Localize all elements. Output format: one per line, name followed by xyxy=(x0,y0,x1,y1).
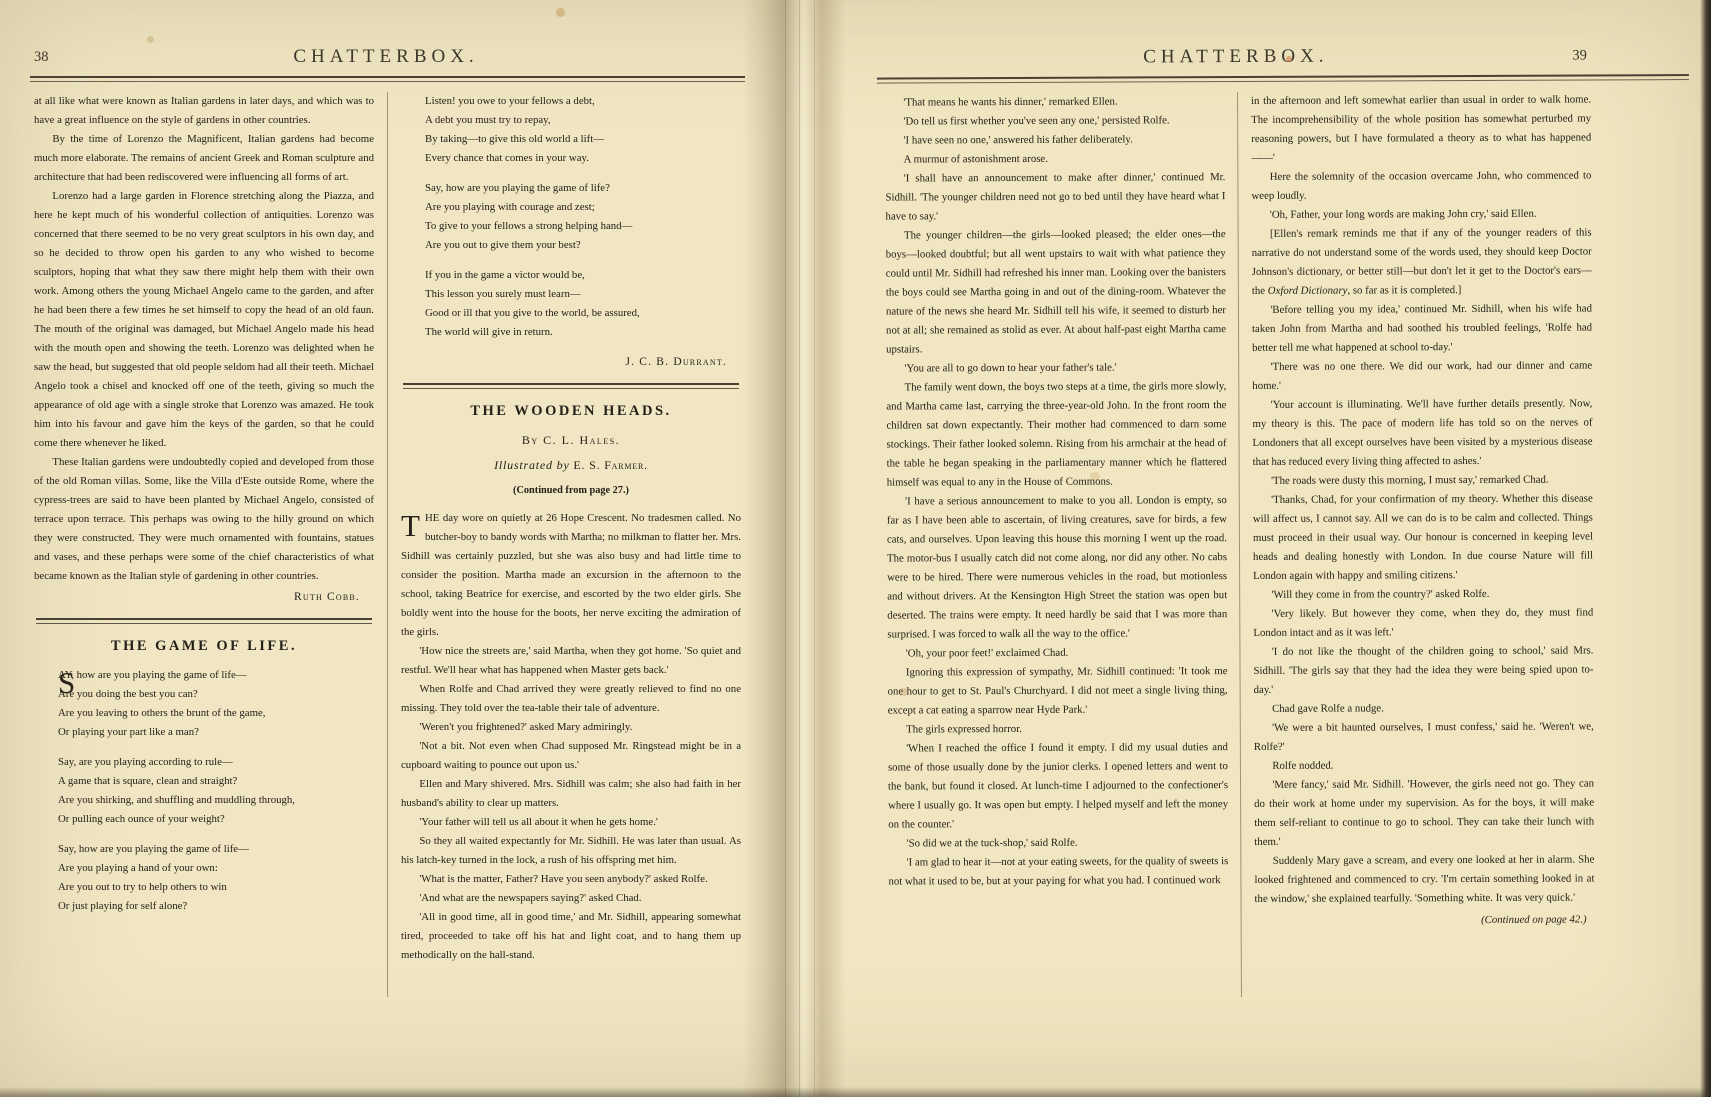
poem-line: If you in the game a victor would be, xyxy=(425,266,741,285)
paragraph-text: 'There was no one there. We did our work… xyxy=(1252,359,1592,391)
article-paragraph: 'So did we at the tuck-shop,' said Rolfe… xyxy=(888,833,1228,853)
poem-line: AY, how are you playing the game of life… xyxy=(58,666,374,685)
poem-line: A game that is square, clean and straigh… xyxy=(58,772,374,791)
credit-text: Illustrated by E. S. Farmer. xyxy=(494,458,648,472)
poem-line: Are you leaving to others the brunt of t… xyxy=(58,704,374,723)
paragraph-text: 'We were a bit haunted ourselves, I must… xyxy=(1254,720,1594,752)
paragraph-text: Chad gave Rolfe a nudge. xyxy=(1272,702,1384,714)
article-paragraph: 'The roads were dusty this morning, I mu… xyxy=(1253,470,1593,490)
article-paragraph: 'Your account is illuminating. We'll hav… xyxy=(1252,394,1592,471)
paragraph-text: 'Do tell us first whether you've seen an… xyxy=(903,114,1169,127)
poem-line: This lesson you surely must learn— xyxy=(425,285,741,304)
text-column: 'That means he wants his dinner,' remark… xyxy=(885,92,1229,1008)
page-number: 38 xyxy=(34,49,49,66)
text-column: at all like what were known as Italian g… xyxy=(34,92,374,1007)
article-paragraph: The girls expressed horror. xyxy=(888,719,1228,739)
italic-text: Oxford Dictionary xyxy=(1268,285,1348,297)
poem-line: Are you out to try to help others to win xyxy=(58,878,374,897)
article-paragraph: 'When I reached the office I found it em… xyxy=(888,738,1228,834)
article-paragraph: 'Weren't you frightened?' asked Mary adm… xyxy=(401,718,741,737)
paragraph-text: 'Oh, Father, your long words are making … xyxy=(1270,208,1537,221)
paragraph-text: 'The roads were dusty this morning, I mu… xyxy=(1271,474,1549,487)
page-header: CHATTERBOX. 39 xyxy=(883,44,1589,73)
poem-line: Listen! you owe to your fellows a debt, xyxy=(425,92,741,111)
article-paragraph: Suddenly Mary gave a scream, and every o… xyxy=(1254,850,1594,908)
column-rule xyxy=(1237,92,1242,997)
article-paragraph: 'How nice the streets are,' said Martha,… xyxy=(401,642,741,680)
page-edge-line xyxy=(814,0,815,1097)
article-paragraph: The younger children—the girls—looked pl… xyxy=(886,225,1227,359)
article-paragraph: 'All in good time, all in good time,' an… xyxy=(401,908,741,965)
page-edge-line xyxy=(799,0,800,1097)
paragraph-text: 'So did we at the tuck-shop,' said Rolfe… xyxy=(907,837,1078,850)
paragraph-text: Ignoring this expression of sympathy, Mr… xyxy=(888,665,1228,716)
poem-line: To give to your fellows a strong helping… xyxy=(425,217,741,236)
paragraph-text: These Italian gardens were undoubtedly c… xyxy=(34,456,374,582)
running-title: CHATTERBOX. xyxy=(883,44,1589,69)
article-paragraph: Ignoring this expression of sympathy, Mr… xyxy=(887,662,1227,720)
poem-line: Are you playing a hand of your own: xyxy=(58,859,374,878)
paragraph-text: 'Not a bit. Not even when Chad supposed … xyxy=(401,740,741,771)
article-paragraph: at all like what were known as Italian g… xyxy=(34,92,374,130)
paragraph-text: 'I do not like the thought of the childr… xyxy=(1254,644,1594,695)
article-paragraph: Ellen and Mary shivered. Mrs. Sidhill wa… xyxy=(401,775,741,813)
article-paragraph: 'Not a bit. Not even when Chad supposed … xyxy=(401,737,741,775)
column-rule xyxy=(387,92,388,997)
book-page-right: CHATTERBOX. 39 'That means he wants his … xyxy=(773,0,1711,1097)
italic-text: Illustrated by xyxy=(494,458,570,472)
paragraph-text: at all like what were known as Italian g… xyxy=(34,95,374,126)
article-paragraph: 'I am glad to hear it—not at your eating… xyxy=(888,852,1228,891)
article-paragraph: [Ellen's remark reminds me that if any o… xyxy=(1252,223,1592,300)
paragraph-text: 'I shall have an announcement to make af… xyxy=(885,171,1225,222)
article-paragraph: in the afternoon and left somewhat earli… xyxy=(1251,90,1591,167)
article-paragraph: 'Will they come in from the country?' as… xyxy=(1253,584,1593,604)
page-edge-line xyxy=(785,0,786,1097)
paragraph-text: 'All in good time, all in good time,' an… xyxy=(401,911,741,961)
page-header: 38 CHATTERBOX. xyxy=(30,46,742,72)
article-paragraph: 'Thanks, Chad, for your confirmation of … xyxy=(1253,489,1593,585)
paragraph-text: 'That means he wants his dinner,' remark… xyxy=(903,96,1117,109)
poem-line: Good or ill that you give to the world, … xyxy=(425,304,741,323)
article-paragraph: 'We were a bit haunted ourselves, I must… xyxy=(1254,717,1594,756)
article-paragraph: So they all waited expectantly for Mr. S… xyxy=(401,832,741,870)
article-paragraph: These Italian gardens were undoubtedly c… xyxy=(34,453,374,586)
article-paragraph: A murmur of astonishment arose. xyxy=(885,149,1225,169)
poem-line: Or pulling each ounce of your weight? xyxy=(58,810,374,829)
header-rule xyxy=(30,76,745,82)
paragraph-text: The family went down, the boys two steps… xyxy=(886,380,1226,488)
paragraph-text: 'How nice the streets are,' said Martha,… xyxy=(401,645,741,676)
paragraph-text: A murmur of astonishment arose. xyxy=(904,153,1048,166)
poem-line: Or playing your part like a man? xyxy=(58,723,374,742)
section-title: THE GAME OF LIFE. xyxy=(34,637,374,656)
text-column: in the afternoon and left somewhat earli… xyxy=(1251,90,1595,1006)
paragraph-text: The younger children—the girls—looked pl… xyxy=(886,228,1226,355)
paragraph-text: 'Very likely. But however they come, whe… xyxy=(1253,606,1593,638)
paragraph-text: Here the solemnity of the occasion overc… xyxy=(1251,169,1591,201)
paragraph-text: [Ellen's remark reminds me that if any o… xyxy=(1252,226,1592,296)
book-page-left: 38 CHATTERBOX. at all like what were kno… xyxy=(0,0,775,1097)
article-paragraph: Lorenzo had a large garden in Florence s… xyxy=(34,187,374,453)
paragraph-text: 'Mere fancy,' said Mr. Sidhill. 'However… xyxy=(1254,777,1594,847)
poem-line: Are you shirking, and shuffling and mudd… xyxy=(58,791,374,810)
poem-line: Are you playing with courage and zest; xyxy=(425,198,741,217)
paragraph-text: 'I am glad to hear it—not at your eating… xyxy=(888,855,1228,887)
article-paragraph: 'And what are the newspapers saying?' as… xyxy=(401,889,741,908)
article-paragraph: When Rolfe and Chad arrived they were gr… xyxy=(401,680,741,718)
paragraph-text: Rolfe nodded. xyxy=(1272,760,1333,772)
poem-stanza: Say, how are you playing the game of lif… xyxy=(401,179,741,255)
article-paragraph: Here the solemnity of the occasion overc… xyxy=(1251,166,1591,205)
article-paragraph: 'Very likely. But however they come, whe… xyxy=(1253,603,1593,642)
paragraph-text: Ellen and Mary shivered. Mrs. Sidhill wa… xyxy=(401,778,741,809)
paragraph-text: By the time of Lorenzo the Magnificent, … xyxy=(34,133,374,183)
paragraph-text: 'Your father will tell us all about it w… xyxy=(419,816,658,828)
paragraph-text: in the afternoon and left somewhat earli… xyxy=(1251,93,1591,163)
paragraph-text: Suddenly Mary gave a scream, and every o… xyxy=(1254,853,1594,904)
poem-line: Say, are you playing according to rule— xyxy=(58,753,374,772)
paragraph-text: 'Oh, your poor feet!' exclaimed Chad. xyxy=(906,647,1069,660)
section-divider xyxy=(36,618,372,624)
article-paragraph: 'Do tell us first whether you've seen an… xyxy=(885,111,1225,131)
paragraph-text: 'I have a serious announcement to make t… xyxy=(887,494,1227,640)
poem-line: Are you out to give them your best? xyxy=(425,236,741,255)
poem-line: By taking—to give this old world a lift— xyxy=(425,130,741,149)
scan-edge xyxy=(1700,0,1711,1097)
page-number: 39 xyxy=(1572,47,1587,64)
paragraph-text: 'Your account is illuminating. We'll hav… xyxy=(1252,397,1592,467)
story-author: By C. L. Hales. xyxy=(401,431,741,450)
article-paragraph: 'What is the matter, Father? Have you se… xyxy=(401,870,741,889)
poem-line: A debt you must try to repay, xyxy=(425,111,741,130)
article-paragraph: 'I have a serious announcement to make t… xyxy=(887,491,1228,644)
article-paragraph: By the time of Lorenzo the Magnificent, … xyxy=(34,130,374,187)
paragraph-text: 'Before telling you my idea,' continued … xyxy=(1252,302,1592,353)
poem-stanza: SAY, how are you playing the game of lif… xyxy=(34,666,374,742)
poem-line: Are you doing the best you can? xyxy=(58,685,374,704)
article-paragraph: 'Mere fancy,' said Mr. Sidhill. 'However… xyxy=(1254,774,1594,851)
paragraph-text: The girls expressed horror. xyxy=(906,723,1022,736)
poem-line: The world will give in return. xyxy=(425,323,741,342)
text-column: Listen! you owe to your fellows a debt,A… xyxy=(401,92,741,1007)
author-byline: J. C. B. Durrant. xyxy=(401,353,741,372)
paragraph-text: 'When I reached the office I found it em… xyxy=(888,741,1228,830)
article-paragraph: 'There was no one there. We did our work… xyxy=(1252,356,1592,395)
article-paragraph: 'I have seen no one,' answered his fathe… xyxy=(885,130,1225,150)
article-paragraph: 'Oh, your poor feet!' exclaimed Chad. xyxy=(887,643,1227,663)
article-paragraph: The family went down, the boys two steps… xyxy=(886,377,1226,492)
poem-stanza: Listen! you owe to your fellows a debt,A… xyxy=(401,92,741,168)
article-paragraph: 'I shall have an announcement to make af… xyxy=(885,168,1225,226)
article-paragraph: Rolfe nodded. xyxy=(1254,755,1594,775)
article-paragraph: 'That means he wants his dinner,' remark… xyxy=(885,92,1225,112)
paragraph-text: 'And what are the newspapers saying?' as… xyxy=(419,892,641,904)
poem-line: Or just playing for self alone? xyxy=(58,897,374,916)
article-paragraph: THE day wore on quietly at 26 Hope Cresc… xyxy=(401,509,741,642)
paragraph-text: 'Weren't you frightened?' asked Mary adm… xyxy=(419,721,632,733)
continued-note: (Continued on page 42.) xyxy=(1255,910,1595,930)
header-rule xyxy=(877,74,1689,84)
paragraph-text: 'Thanks, Chad, for your confirmation of … xyxy=(1253,492,1593,581)
section-title: THE WOODEN HEADS. xyxy=(401,402,741,421)
paragraph-text: So they all waited expectantly for Mr. S… xyxy=(401,835,741,866)
continuation-note: (Continued from page 27.) xyxy=(401,481,741,500)
poem-stanza: Say, are you playing according to rule—A… xyxy=(34,753,374,829)
article-paragraph: Chad gave Rolfe a nudge. xyxy=(1254,698,1594,718)
author-byline: Ruth Cobb. xyxy=(34,588,374,607)
scan-edge xyxy=(0,1087,1711,1097)
poem-stanza: If you in the game a victor would be,Thi… xyxy=(401,266,741,342)
paragraph-text: Lorenzo had a large garden in Florence s… xyxy=(34,190,374,449)
article-paragraph: 'Before telling you my idea,' continued … xyxy=(1252,299,1592,357)
binding-gutter-shadow xyxy=(742,0,882,1097)
article-paragraph: 'Oh, Father, your long words are making … xyxy=(1252,204,1592,224)
illustrator-credit: Illustrated by E. S. Farmer. xyxy=(401,456,741,475)
paragraph-text: 'What is the matter, Father? Have you se… xyxy=(419,873,707,885)
article-paragraph: 'Your father will tell us all about it w… xyxy=(401,813,741,832)
article-paragraph: 'You are all to go down to hear your fat… xyxy=(886,358,1226,378)
poem-line: Say, how are you playing the game of lif… xyxy=(58,840,374,859)
paragraph-text: 'I have seen no one,' answered his fathe… xyxy=(904,133,1133,146)
poem-line: Every chance that comes in your way. xyxy=(425,149,741,168)
paragraph-text: HE day wore on quietly at 26 Hope Cresce… xyxy=(401,512,741,638)
article-paragraph: 'I do not like the thought of the childr… xyxy=(1253,641,1593,699)
paragraph-text: 'Will they come in from the country?' as… xyxy=(1272,588,1490,601)
poem-line: Say, how are you playing the game of lif… xyxy=(425,179,741,198)
paragraph-text: When Rolfe and Chad arrived they were gr… xyxy=(401,683,741,714)
drop-cap: T xyxy=(401,509,425,541)
paragraph-text: 'You are all to go down to hear your fat… xyxy=(905,362,1117,375)
poem-stanza: Say, how are you playing the game of lif… xyxy=(34,840,374,916)
running-title: CHATTERBOX. xyxy=(30,46,742,68)
section-divider xyxy=(403,383,739,389)
